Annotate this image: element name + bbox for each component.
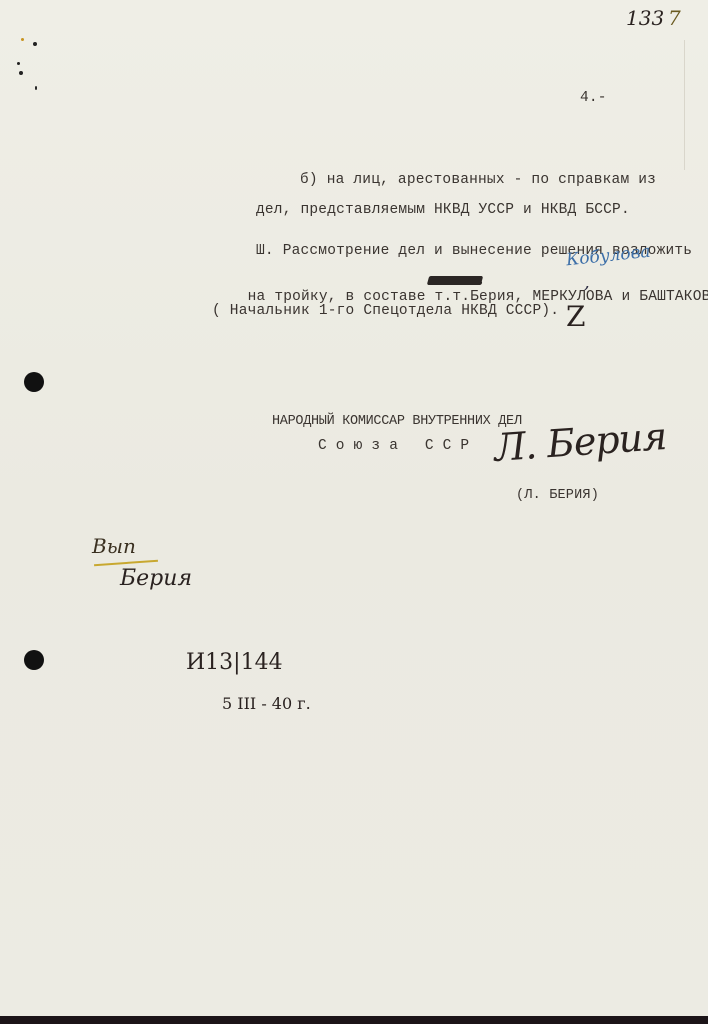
scan-bottom-edge	[0, 1016, 708, 1024]
ink-speck	[33, 42, 37, 46]
registry-date: 5 III - 40 г.	[222, 694, 311, 713]
handwritten-z-mark: Z	[566, 300, 585, 333]
margin-note-line-1: Вып	[92, 534, 136, 558]
ink-speck	[17, 62, 20, 65]
page-label: 4.-	[580, 90, 607, 106]
insertion-caret: ,	[584, 272, 590, 293]
punch-hole	[24, 372, 44, 392]
document-page: 133 7 4.- б) на лиц, арестованных - по с…	[0, 0, 708, 1016]
registry-number: И13|144	[186, 650, 283, 675]
paragraph-iii-line-3: ( Начальник 1-го Спецотдела НКВД СССР).	[212, 303, 559, 319]
punch-hole	[24, 650, 44, 670]
signature-title-line-2: С о ю з а С С Р	[318, 438, 469, 454]
handwritten-page-number: 133	[626, 6, 664, 30]
ink-speck	[21, 38, 24, 41]
ink-speck	[35, 86, 37, 90]
handwritten-page-mark: 7	[668, 6, 681, 30]
paragraph-b-line-2: дел, представляемым НКВД УССР и НКВД БСС…	[256, 202, 630, 218]
ink-speck	[19, 71, 23, 75]
signature-typed-name: (Л. БЕРИЯ)	[516, 488, 599, 503]
paragraph-b-line-1: б) на лиц, арестованных - по справкам из	[300, 172, 656, 188]
strikethrough-mark	[431, 281, 482, 285]
signature-title-line-1: НАРОДНЫЙ КОМИССАР ВНУТРЕННИХ ДЕЛ	[272, 414, 522, 429]
margin-note-line-2: Берия	[120, 566, 192, 591]
bleed-through-line	[684, 40, 685, 170]
